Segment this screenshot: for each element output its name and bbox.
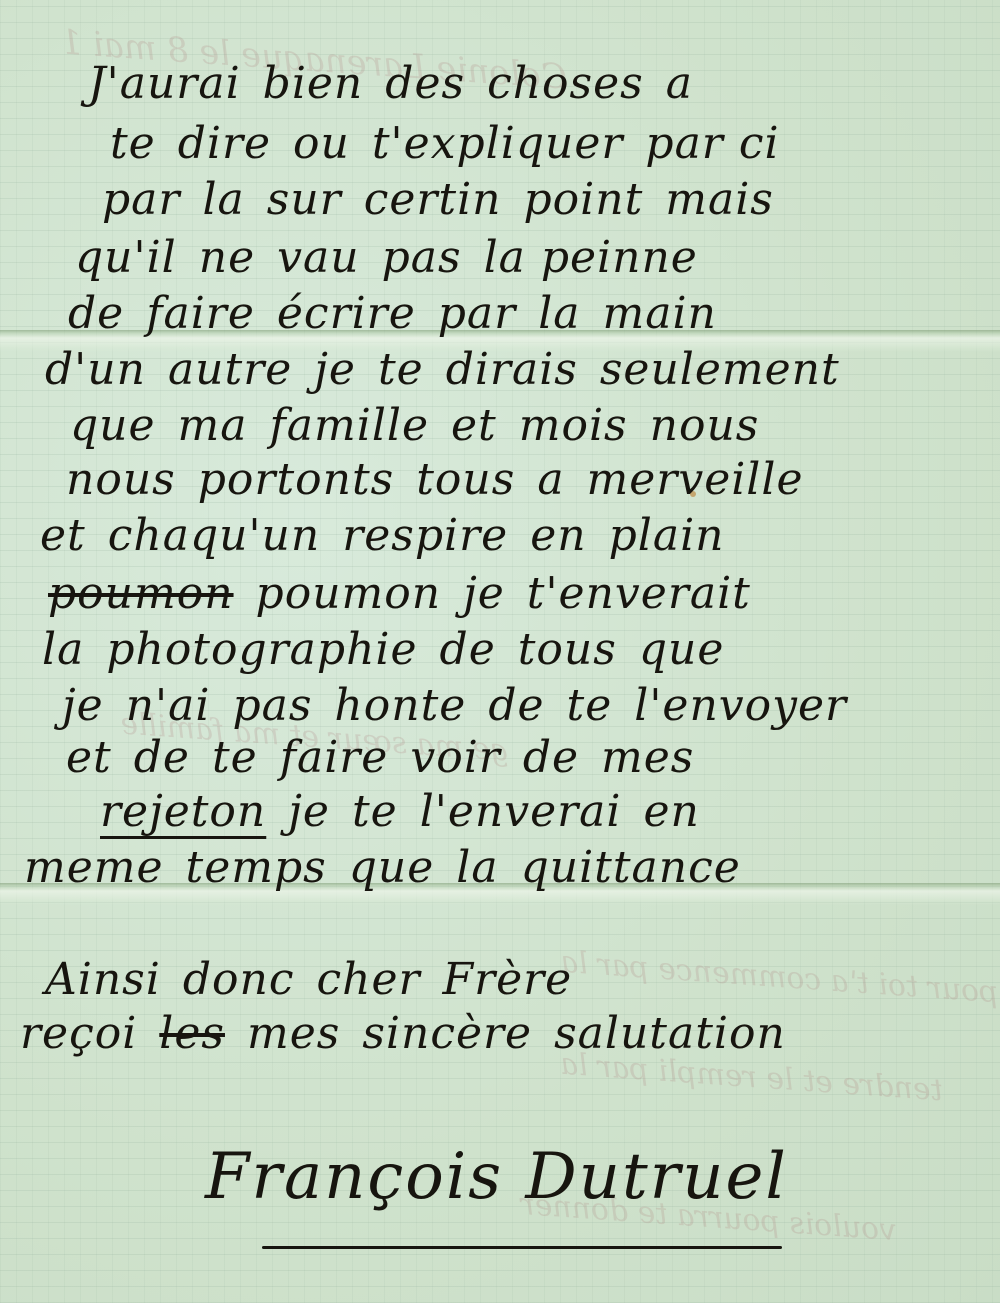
handwritten-line: laphotographiedetousque	[42, 628, 746, 672]
handwritten-line: qu'ilnevaupasla peinne	[75, 236, 720, 280]
word: Frère	[443, 958, 573, 1002]
handwritten-line: poumonpoumonjet'enverait	[48, 572, 773, 616]
word: je	[314, 348, 356, 392]
word: J'aurai	[88, 62, 241, 106]
word: photographie	[106, 628, 417, 672]
struck-word: les	[159, 1012, 225, 1056]
handwritten-line: tedireout'expliquerpar ci	[110, 122, 802, 166]
word: respire	[342, 514, 508, 558]
word: par	[102, 178, 180, 222]
word: choses	[487, 62, 644, 106]
word: l'enverai	[420, 790, 622, 834]
word: par ci	[645, 122, 779, 166]
word: seulement	[600, 348, 840, 392]
handwritten-line: parlasurcertinpointmais	[102, 178, 796, 222]
word: famille	[270, 404, 430, 448]
word: te	[378, 348, 424, 392]
handwritten-line: reçoilesmessincèresalutation	[20, 1012, 808, 1056]
word: la	[202, 178, 244, 222]
word: mais	[665, 178, 774, 222]
word: ma	[178, 404, 248, 448]
signature-underline	[262, 1246, 782, 1249]
word: et	[451, 404, 497, 448]
word: la	[538, 292, 580, 336]
handwritten-line: memetempsquelaquittance	[24, 846, 763, 890]
word: ne	[199, 236, 255, 280]
word: honte	[334, 684, 466, 728]
word: donc	[183, 958, 295, 1002]
word: par	[438, 292, 516, 336]
word: mes	[247, 1012, 340, 1056]
handwritten-line: d'unautrejetediraisseulement	[45, 348, 862, 392]
word: d'un	[45, 348, 146, 392]
word: dirais	[446, 348, 578, 392]
word: certin	[364, 178, 502, 222]
word: reçoi	[20, 1012, 137, 1056]
handwritten-line: quemafamilleetmoisnous	[70, 404, 781, 448]
word: vau	[277, 236, 359, 280]
bleed-through-line: pour toi t'a commence par la	[559, 945, 999, 1011]
letter-page: Colonie Larenaque le 8 mai 1ge ma sœur e…	[0, 0, 1000, 1303]
word: rejeton	[100, 790, 266, 834]
word: la peinne	[484, 236, 698, 280]
word: meme	[24, 846, 164, 890]
word: poumon	[256, 572, 442, 616]
word: et	[40, 514, 86, 558]
word: qu'il	[75, 236, 177, 280]
word: a	[666, 62, 693, 106]
word: de	[488, 684, 544, 728]
handwritten-line: nousportontstousamerveille	[66, 458, 826, 502]
handwritten-line: jen'aipashontedetel'envoyer	[62, 684, 869, 728]
word: de	[68, 292, 124, 336]
word: te	[212, 736, 258, 780]
handwritten-line: etchaqu'unrespireenplain	[40, 514, 746, 558]
signature: François Dutruel	[205, 1140, 788, 1214]
word: nous	[650, 404, 760, 448]
word: chaqu'un	[108, 514, 321, 558]
handwritten-line: rejetonjetel'enveraien	[100, 790, 722, 834]
word: autre	[168, 348, 292, 392]
word: te	[352, 790, 398, 834]
word: en	[643, 790, 699, 834]
word: cher	[316, 958, 420, 1002]
word: de	[523, 736, 579, 780]
word: que	[70, 404, 156, 448]
word: la	[456, 846, 498, 890]
word: et	[66, 736, 112, 780]
word: je	[288, 790, 330, 834]
word: la	[42, 628, 84, 672]
word: tous	[518, 628, 617, 672]
word: dire	[178, 122, 271, 166]
word: je	[463, 572, 505, 616]
word: pas	[232, 684, 312, 728]
word: te	[567, 684, 613, 728]
word: voir	[410, 736, 500, 780]
word: a	[537, 458, 564, 502]
word: l'envoyer	[634, 684, 847, 728]
word: point	[524, 178, 644, 222]
word: te	[110, 122, 156, 166]
word: merveille	[587, 458, 804, 502]
word: de	[134, 736, 190, 780]
word: faire	[146, 292, 255, 336]
word: en	[530, 514, 586, 558]
handwritten-line: defaireécrireparlamain	[68, 292, 739, 336]
word: faire	[280, 736, 389, 780]
word: n'ai	[126, 684, 211, 728]
word: tous	[416, 458, 515, 502]
word: bien	[263, 62, 364, 106]
word: main	[603, 292, 717, 336]
word: écrire	[277, 292, 416, 336]
word: ou	[293, 122, 350, 166]
word: pas	[382, 236, 462, 280]
handwritten-line: etdetefairevoirdemes	[66, 736, 716, 780]
word: nous	[66, 458, 176, 502]
word: que	[639, 628, 725, 672]
word: sur	[267, 178, 342, 222]
word: je	[62, 684, 104, 728]
handwritten-line: AinsidonccherFrère	[45, 958, 594, 1002]
word: mes	[601, 736, 694, 780]
handwritten-line: J'auraibiendeschosesa	[88, 62, 715, 106]
word: sincère	[362, 1012, 532, 1056]
word: que	[349, 846, 435, 890]
word: quittance	[521, 846, 741, 890]
word: des	[385, 62, 465, 106]
word: mois	[519, 404, 628, 448]
struck-word: poumon	[48, 572, 234, 616]
word: temps	[186, 846, 327, 890]
word: t'enverait	[527, 572, 751, 616]
word: t'expliquer	[372, 122, 624, 166]
word: de	[440, 628, 496, 672]
word: portonts	[198, 458, 394, 502]
word: plain	[609, 514, 725, 558]
word: Ainsi	[45, 958, 161, 1002]
word: salutation	[554, 1012, 786, 1056]
